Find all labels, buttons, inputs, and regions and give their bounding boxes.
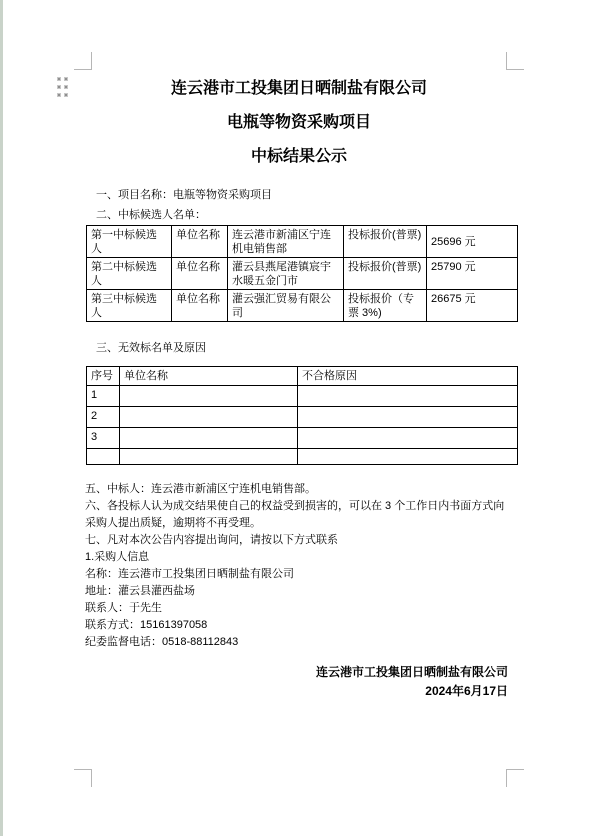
column-header-reason: 不合格原因 [298, 367, 518, 386]
section-objection: 六、各投标人认为成交结果使自己的权益受到损害的，可以在 3 个工作日内书面方式向… [85, 498, 508, 532]
table-cell: 第三中标候选人 [87, 290, 172, 322]
window-edge-strip [0, 0, 3, 836]
table-cell [120, 428, 298, 449]
table-cell [298, 407, 518, 428]
table-cell: 灌云强汇贸易有限公司 [228, 290, 344, 322]
document-page: 连云港市工投集团日晒制盐有限公司 电瓶等物资采购项目 中标结果公示 一、项目名称… [0, 0, 595, 836]
dot-icon [57, 77, 61, 81]
anchor-dots-icon [57, 77, 68, 97]
table-header-row: 序号 单位名称 不合格原因 [87, 367, 518, 386]
table-cell: 1 [87, 386, 120, 407]
section-winner: 五、中标人：连云港市新浦区宁连机电销售部。 [85, 481, 508, 498]
table-cell: 灌云县燕尾港镇宸宇水暖五金门市 [228, 258, 344, 290]
table-cell: 2 [87, 407, 120, 428]
column-header-seq: 序号 [87, 367, 120, 386]
table-cell: 单位名称 [172, 258, 228, 290]
winning-candidates-rows: 第一中标候选人单位名称连云港市新浦区宁连机电销售部投标报价(普票)25696 元… [87, 226, 518, 322]
table-cell [298, 386, 518, 407]
signature-block: 连云港市工投集团日晒制盐有限公司 2024年6月17日 [92, 663, 508, 701]
section-1-2-block: 一、项目名称：电瓶等物资采购项目 二、中标候选人名单： [96, 185, 272, 225]
purchaser-address: 地址：灌云县灌西盐场 [85, 583, 508, 600]
table-row: 1 [87, 386, 518, 407]
purchaser-name: 名称：连云港市工投集团日晒制盐有限公司 [85, 566, 508, 583]
invalid-bids-table: 序号 单位名称 不合格原因 123 [86, 366, 518, 465]
table-row [87, 449, 518, 465]
purchaser-phone: 联系方式：15161397058 [85, 617, 508, 634]
text-boundary-mark-bottom-right [506, 769, 524, 787]
table-row: 第一中标候选人单位名称连云港市新浦区宁连机电销售部投标报价(普票)25696 元 [87, 226, 518, 258]
section-project-name: 一、项目名称：电瓶等物资采购项目 [96, 185, 272, 205]
title-project: 电瓶等物资采购项目 [92, 106, 506, 140]
table-cell [298, 428, 518, 449]
table-row: 2 [87, 407, 518, 428]
table-cell: 单位名称 [172, 226, 228, 258]
text-boundary-mark-bottom-left [74, 769, 92, 787]
title-company: 连云港市工投集团日晒制盐有限公司 [92, 72, 506, 106]
table-cell: 26675 元 [427, 290, 518, 322]
text-boundary-mark-top-left [74, 52, 92, 70]
purchaser-contact-person: 联系人：于先生 [85, 600, 508, 617]
table-cell: 连云港市新浦区宁连机电销售部 [228, 226, 344, 258]
lower-text-block: 五、中标人：连云港市新浦区宁连机电销售部。 六、各投标人认为成交结果使自己的权益… [85, 481, 508, 651]
text-boundary-mark-top-right [506, 52, 524, 70]
title-announcement: 中标结果公示 [92, 140, 506, 174]
dot-icon [64, 85, 68, 89]
supervision-phone: 纪委监督电话：0518-88112843 [85, 634, 508, 651]
section-invalid-bids-label: 三、无效标名单及原因 [96, 341, 206, 356]
invalid-bids-rows: 123 [87, 386, 518, 465]
table-cell: 25790 元 [427, 258, 518, 290]
signature-company: 连云港市工投集团日晒制盐有限公司 [92, 663, 508, 682]
table-cell: 投标报价(普票) [344, 258, 427, 290]
dot-icon [64, 77, 68, 81]
table-cell [120, 449, 298, 465]
table-cell [87, 449, 120, 465]
table-cell: 投标报价（专票 3%) [344, 290, 427, 322]
dot-icon [64, 93, 68, 97]
table-cell [120, 386, 298, 407]
table-row: 3 [87, 428, 518, 449]
purchaser-info-heading: 1.采购人信息 [85, 549, 508, 566]
table-row: 第二中标候选人单位名称灌云县燕尾港镇宸宇水暖五金门市投标报价(普票)25790 … [87, 258, 518, 290]
table-cell: 25696 元 [427, 226, 518, 258]
column-header-unit: 单位名称 [120, 367, 298, 386]
dot-icon [57, 85, 61, 89]
document-title-block: 连云港市工投集团日晒制盐有限公司 电瓶等物资采购项目 中标结果公示 [92, 72, 506, 174]
table-cell: 3 [87, 428, 120, 449]
table-cell [120, 407, 298, 428]
section-candidates-label: 二、中标候选人名单： [96, 205, 272, 225]
winning-candidates-table: 第一中标候选人单位名称连云港市新浦区宁连机电销售部投标报价(普票)25696 元… [86, 225, 518, 322]
table-cell: 单位名称 [172, 290, 228, 322]
section-contact-intro: 七、凡对本次公告内容提出询问，请按以下方式联系 [85, 532, 508, 549]
table-cell: 投标报价(普票) [344, 226, 427, 258]
table-cell [298, 449, 518, 465]
dot-icon [57, 93, 61, 97]
table-row: 第三中标候选人单位名称灌云强汇贸易有限公司投标报价（专票 3%)26675 元 [87, 290, 518, 322]
signature-date: 2024年6月17日 [92, 682, 508, 701]
table-cell: 第一中标候选人 [87, 226, 172, 258]
table-cell: 第二中标候选人 [87, 258, 172, 290]
